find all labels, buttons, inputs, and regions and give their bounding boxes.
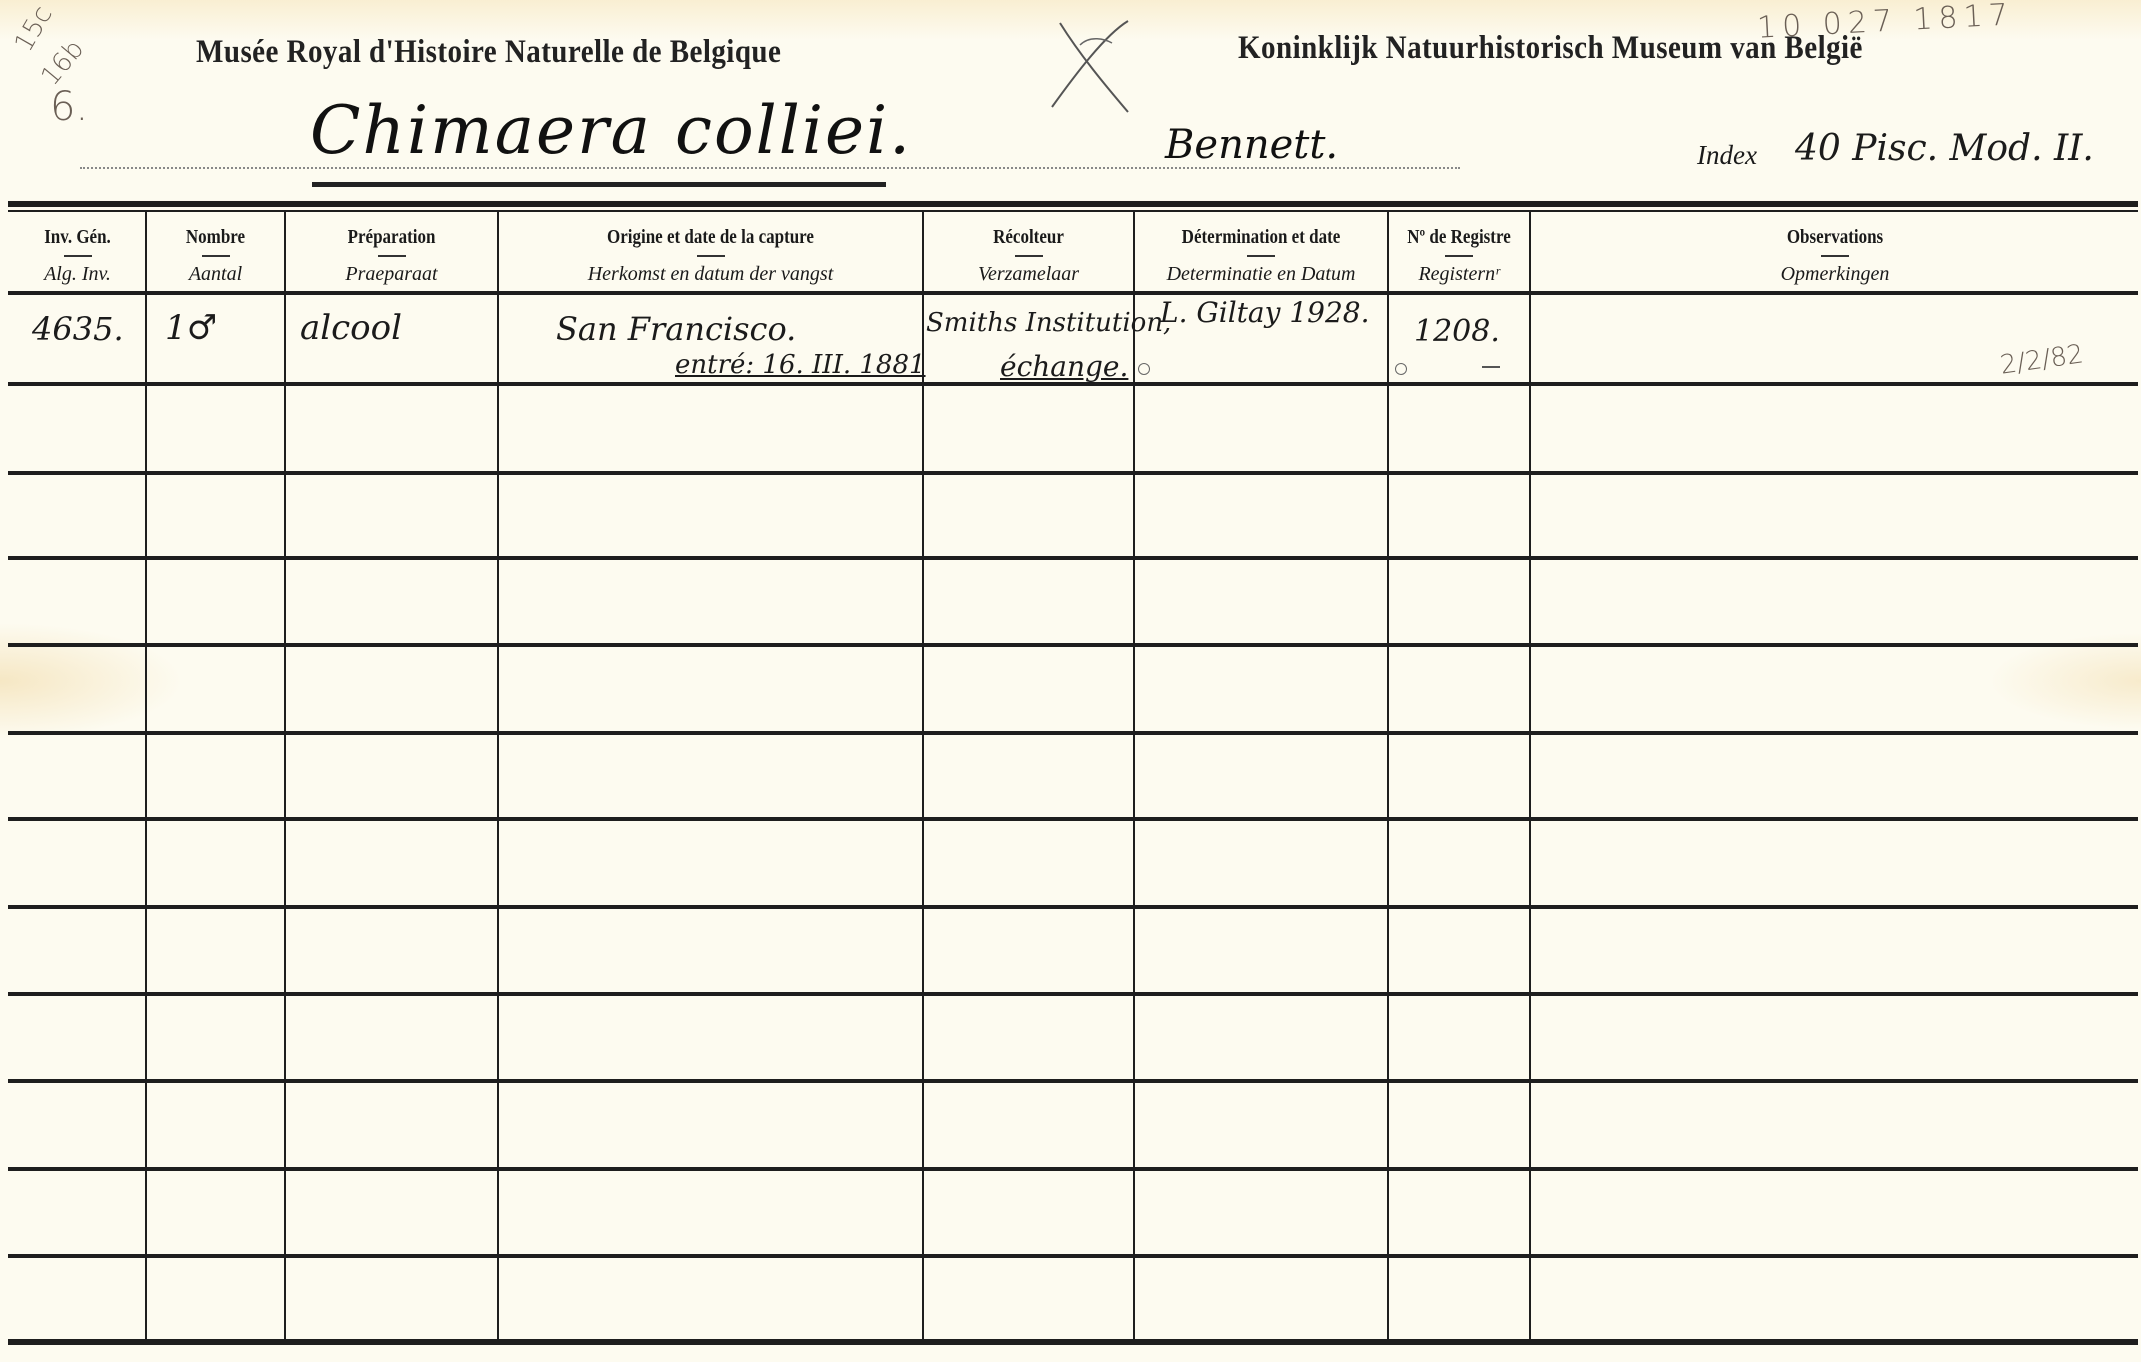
column-header-origine-nl: Herkomst en datum der vangst xyxy=(499,263,922,286)
column-header-inv: Inv. Gén. Alg. Inv. xyxy=(10,212,145,286)
top-rule-thick xyxy=(8,201,2138,207)
column-header-registre-nl: Registernʳ xyxy=(1389,263,1529,286)
cell-nombre: 1♂ xyxy=(165,308,217,348)
pencil-note-15c: 15c xyxy=(9,1,59,57)
row-rule-4 xyxy=(8,643,2138,647)
row-rule-5 xyxy=(8,731,2138,735)
species-underline xyxy=(312,182,886,187)
pencil-circle-mark xyxy=(1138,363,1150,375)
column-header-recolteur-fr: Récolteur xyxy=(940,226,1118,249)
column-header-recolteur: Récolteur Verzamelaar xyxy=(924,212,1133,286)
header-dash xyxy=(1445,255,1473,257)
col-divider-2 xyxy=(284,212,286,1340)
col-divider-3 xyxy=(497,212,499,1340)
column-header-observations-nl: Opmerkingen xyxy=(1531,263,2139,286)
header-dash xyxy=(202,255,230,257)
column-header-observations: Observations Opmerkingen xyxy=(1531,212,2139,286)
header-dash xyxy=(1247,255,1275,257)
pencil-catalog-number: 10 027 1817 xyxy=(1756,0,2014,46)
column-header-preparation: Préparation Praeparaat xyxy=(286,212,497,286)
column-header-origine: Origine et date de la capture Herkomst e… xyxy=(499,212,922,286)
column-header-nombre-nl: Aantal xyxy=(147,263,284,286)
header-dash xyxy=(1015,255,1043,257)
cell-origine-place: San Francisco. xyxy=(556,310,796,348)
row-rule-2 xyxy=(8,471,2138,475)
row-rule-7 xyxy=(8,905,2138,909)
column-header-observations-fr: Observations xyxy=(1577,226,2094,249)
column-header-determination: Détermination et date Determinatie en Da… xyxy=(1135,212,1387,286)
index-label: Index xyxy=(1697,140,1757,171)
cross-mark-icon xyxy=(1050,15,1140,115)
col-divider-6 xyxy=(1387,212,1389,1340)
column-header-preparation-fr: Préparation xyxy=(302,226,481,249)
header-dash xyxy=(64,255,92,257)
pencil-circle-mark xyxy=(1395,363,1407,375)
column-header-nombre-fr: Nombre xyxy=(157,226,273,249)
species-name: Chimaera colliei. xyxy=(310,92,912,169)
column-header-registre-fr: Nº de Registre xyxy=(1400,226,1519,249)
cell-inv: 4635. xyxy=(32,310,124,348)
header-dash xyxy=(1821,255,1849,257)
index-value: 40 Pisc. Mod. II. xyxy=(1795,128,2094,169)
column-header-nombre: Nombre Aantal xyxy=(147,212,284,286)
cell-observations-date: 2/2/82 xyxy=(1998,339,2085,380)
row-rule-10 xyxy=(8,1167,2138,1171)
column-header-origine-fr: Origine et date de la capture xyxy=(531,226,891,249)
column-header-preparation-nl: Praeparaat xyxy=(286,263,497,286)
cell-preparation: alcool xyxy=(300,308,402,348)
institution-title-fr: Musée Royal d'Histoire Naturelle de Belg… xyxy=(196,34,781,71)
column-header-recolteur-nl: Verzamelaar xyxy=(924,263,1133,286)
row-rule-9 xyxy=(8,1079,2138,1083)
column-header-inv-fr: Inv. Gén. xyxy=(20,226,135,249)
col-divider-4 xyxy=(922,212,924,1340)
col-divider-1 xyxy=(145,212,147,1340)
cell-registre: 1208. xyxy=(1414,314,1500,349)
column-header-inv-nl: Alg. Inv. xyxy=(10,263,145,286)
col-divider-7 xyxy=(1529,212,1531,1340)
index-card: 15c 16b 6. Musée Royal d'Histoire Nature… xyxy=(0,0,2141,1362)
pencil-dash-mark xyxy=(1482,366,1500,368)
header-dash xyxy=(697,255,725,257)
pencil-note-6: 6. xyxy=(50,84,88,130)
cell-recolteur-name: Smiths Institution, xyxy=(926,308,1171,338)
col-divider-5 xyxy=(1133,212,1135,1340)
cell-origine-date: entré: 16. III. 1881 xyxy=(675,350,926,380)
species-author: Bennett. xyxy=(1165,122,1338,168)
cell-determination: L. Giltay 1928. xyxy=(1160,296,1370,329)
header-dash xyxy=(378,255,406,257)
column-header-registre: Nº de Registre Registernʳ xyxy=(1389,212,1529,286)
bottom-rule xyxy=(8,1339,2138,1345)
column-header-determination-nl: Determinatie en Datum xyxy=(1135,263,1387,286)
header-bottom-rule xyxy=(8,291,2138,295)
cell-recolteur-note: échange. xyxy=(1000,350,1128,383)
row-rule-8 xyxy=(8,992,2138,996)
row-rule-11 xyxy=(8,1254,2138,1258)
row-rule-3 xyxy=(8,556,2138,560)
row-rule-6 xyxy=(8,817,2138,821)
column-header-determination-fr: Détermination et date xyxy=(1154,226,1368,249)
